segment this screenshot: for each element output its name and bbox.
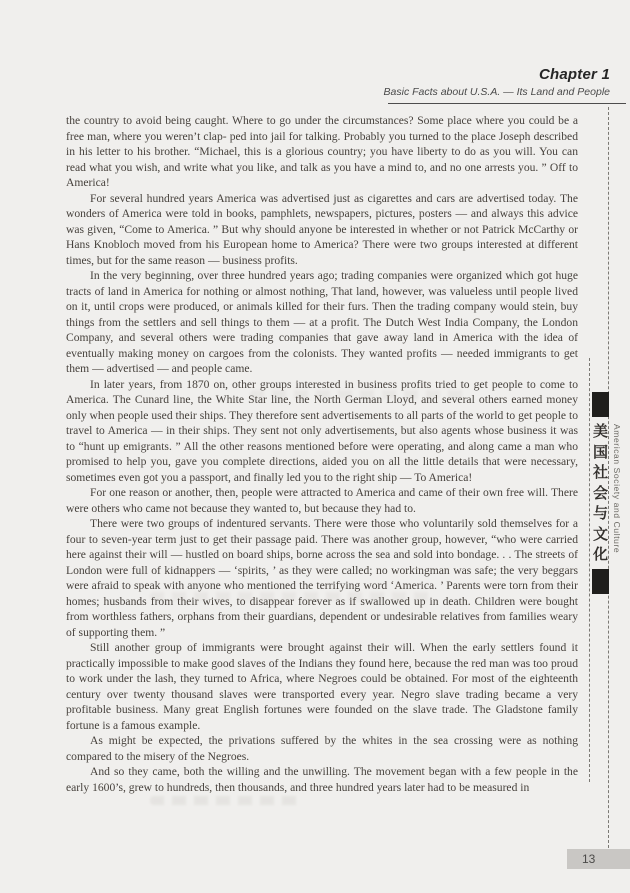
paragraph: There were two groups of indentured serv… — [66, 516, 578, 640]
bleed-through-smudge — [150, 796, 300, 805]
cn-char: 化 — [591, 545, 610, 566]
paragraph: For one reason or another, then, people … — [66, 485, 578, 516]
cn-char: 会 — [591, 484, 610, 505]
series-title-chinese: 美 国 社 会 与 文 化 — [591, 422, 610, 566]
page-number-bar: 13 — [567, 849, 630, 869]
page-number: 13 — [567, 849, 630, 869]
body-text: the country to avoid being caught. Where… — [66, 113, 578, 795]
paragraph: For several hundred years America was ad… — [66, 191, 578, 269]
page-header: Chapter 1 Basic Facts about U.S.A. — Its… — [190, 66, 610, 98]
cn-char: 文 — [591, 525, 610, 546]
paragraph: Still another group of immigrants were b… — [66, 640, 578, 733]
cn-char: 美 — [591, 422, 610, 443]
cn-char: 国 — [591, 443, 610, 464]
tab-square-bottom — [592, 569, 609, 594]
paragraph: the country to avoid being caught. Where… — [66, 113, 578, 191]
chapter-subtitle: Basic Facts about U.S.A. — Its Land and … — [190, 86, 610, 98]
paragraph: As might be expected, the privations suf… — [66, 733, 578, 764]
chapter-title: Chapter 1 — [190, 66, 610, 83]
cn-char: 与 — [591, 504, 610, 525]
tab-dashed-rule — [589, 358, 590, 782]
paragraph: In later years, from 1870 on, other grou… — [66, 377, 578, 486]
cn-char: 社 — [591, 463, 610, 484]
tab-square-top — [592, 392, 609, 417]
series-title-english: American Society and Culture — [612, 424, 621, 594]
book-page: Chapter 1 Basic Facts about U.S.A. — Its… — [0, 0, 630, 893]
paragraph: In the very beginning, over three hundre… — [66, 268, 578, 377]
header-rule — [388, 103, 626, 104]
paragraph: And so they came, both the willing and t… — [66, 764, 578, 795]
